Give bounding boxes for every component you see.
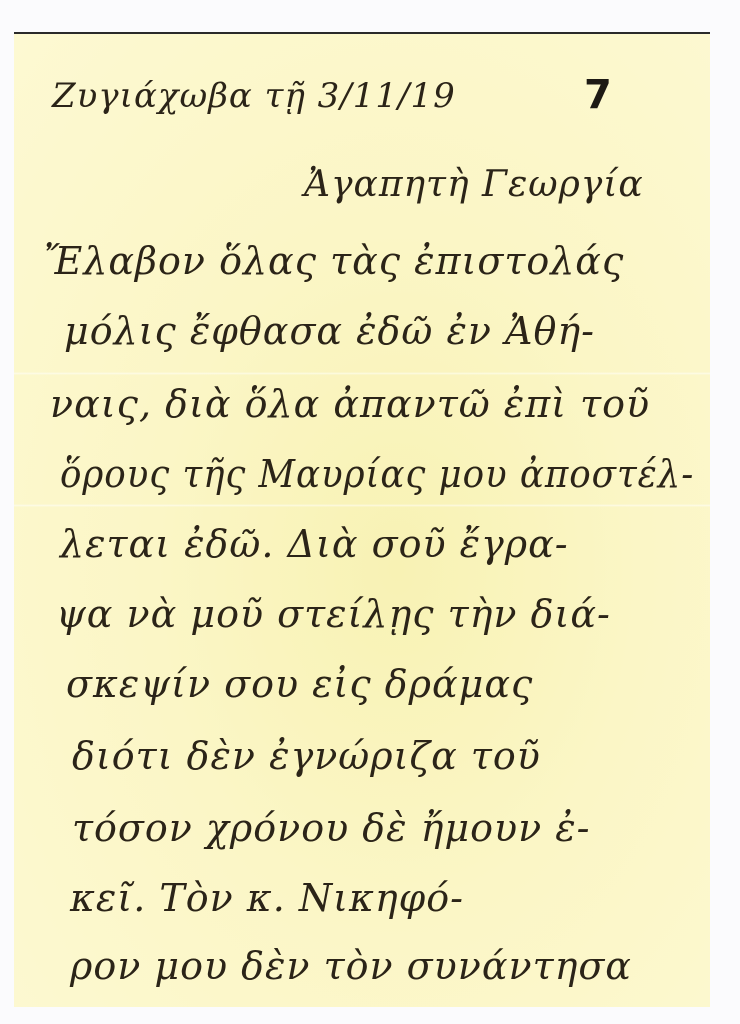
letter-line: ναις, διὰ ὅλα ἀπαντῶ ἐπὶ τοῦ (50, 382, 650, 426)
paper-fold-line (14, 372, 710, 375)
letter-line: ρον μου δὲν τὸν συνάντησα (70, 944, 632, 988)
letter-line: σκεψίν σου εἰς δράμας (66, 662, 533, 706)
letter-line: κεῖ. Τὸν κ. Νικηφό- (70, 876, 464, 920)
letter-line: λεται ἐδῶ. Διὰ σοῦ ἔγρα- (60, 522, 569, 566)
page-number-mark: 7 (584, 72, 612, 118)
letter-line: ὅρους τῆς Μαυρίας μου ἀποστέλ- (60, 452, 694, 496)
letter-line: ψα νὰ μοῦ στείλῃς τὴν διά- (56, 592, 611, 636)
letter-line: Ἔλαβον ὅλας τὰς ἐπιστολάς (44, 239, 624, 283)
letter-line: μόλις ἔφθασα ἐδῶ ἐν Ἀθή- (64, 309, 595, 353)
letter-line: τόσον χρόνου δὲ ἤμουν ἐ- (72, 806, 591, 850)
letter-page: Ζυγιάχωβα τῇ 3/11/19 7 Ἀγαπητὴ Γεωργία Ἔ… (14, 32, 710, 1007)
place-date-header: Ζυγιάχωβα τῇ 3/11/19 (52, 76, 456, 116)
paper-fold-line (14, 504, 710, 507)
letter-line: διότι δὲν ἐγνώριζα τοῦ (72, 734, 541, 778)
salutation: Ἀγαπητὴ Γεωργία (304, 164, 644, 205)
